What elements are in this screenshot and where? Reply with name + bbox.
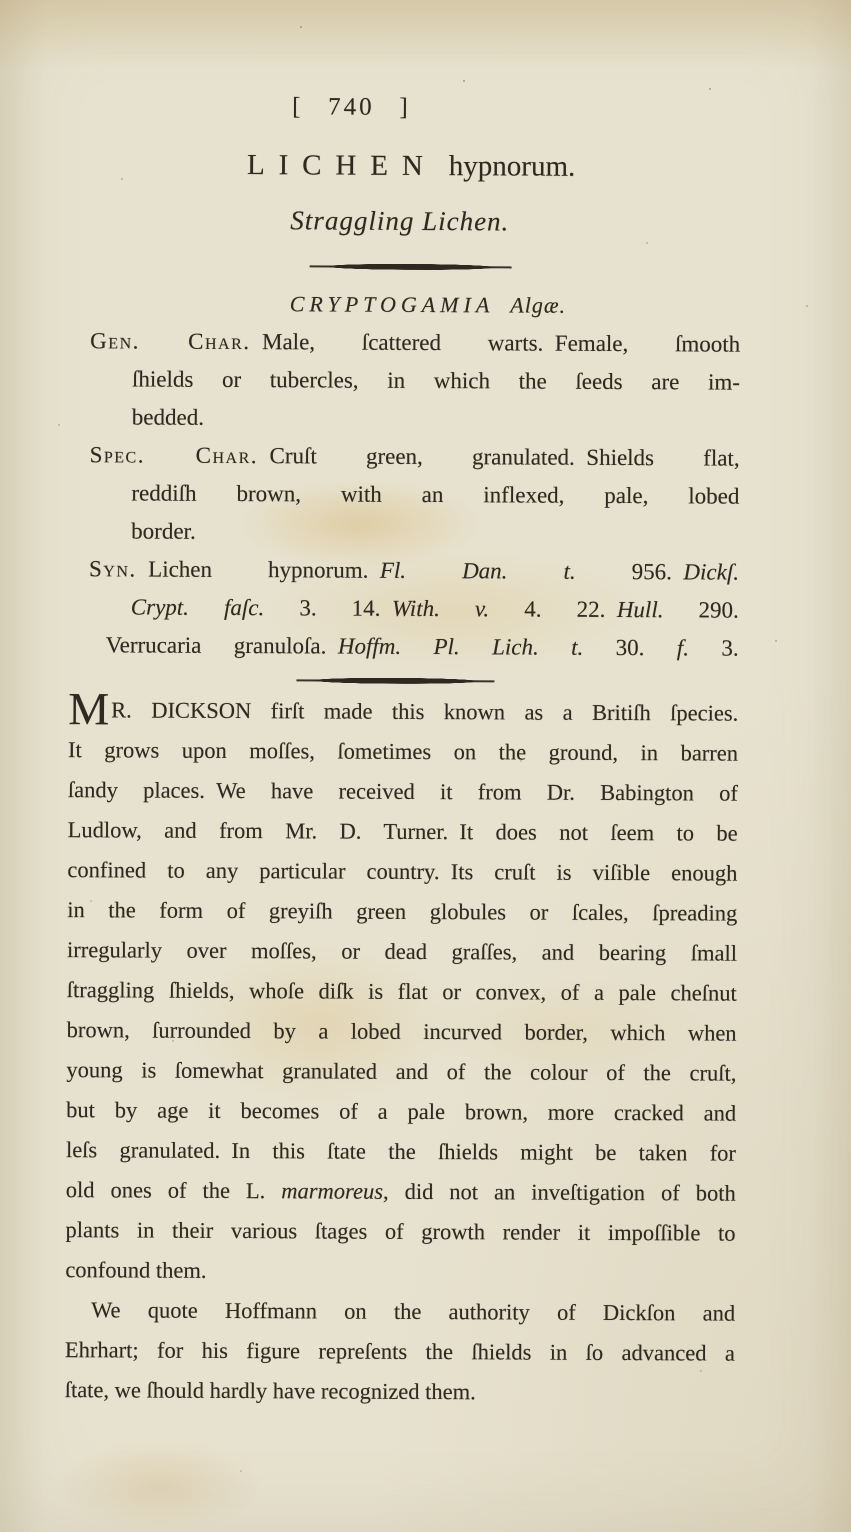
taxonomy-order: Algæ. — [510, 292, 566, 317]
body-line: ſtate, we ſhould hardly have recognized … — [65, 1370, 735, 1414]
taxonomy-heading: CRYPTOGAMIAAlgæ. — [2, 290, 851, 320]
gen-char-line: ſhields or tubercles, in which the ſeeds… — [132, 360, 740, 401]
body-line: Ehrhart; for his figure repreſents the ſ… — [65, 1330, 735, 1374]
character-sections: Gen. Char. Male, ſcattered warts. Female… — [89, 322, 741, 667]
swelled-rule-divider — [296, 677, 494, 684]
spec-char-line: border. — [131, 512, 739, 553]
body-line: It grows upon moſſes, ſometimes on the g… — [68, 730, 738, 774]
body-line: We quote Hoffmann on the authority of Di… — [65, 1290, 735, 1334]
page-content: [ 740 ] LICHENhypnorum. Straggling Liche… — [0, 0, 851, 1532]
body-line: in the form of greyiſh green globules or… — [67, 890, 737, 934]
body-line: leſs granulated. In this ſtate the ſhiel… — [66, 1130, 736, 1174]
common-name: Straggling Lichen. — [290, 205, 509, 237]
spec-char-line: Spec. Char. Cruſt green, granulated. Shi… — [90, 436, 740, 477]
swelled-rule-divider — [310, 263, 512, 270]
body-line: young is ſomewhat granulated and of the … — [66, 1050, 736, 1094]
synonyms-line: Verrucaria granuloſa. Hoffm. Pl. Lich. t… — [106, 626, 739, 667]
page-number: [ 740 ] — [292, 93, 411, 122]
gen-char-line: Gen. Char. Male, ſcattered warts. Female… — [90, 322, 740, 363]
genus-name: LICHEN — [247, 149, 437, 182]
taxonomy-class: CRYPTOGAMIA — [290, 291, 495, 317]
body-line: confined to any particular country. Its … — [67, 850, 737, 894]
species-epithet: hypnorum. — [449, 150, 576, 183]
body-line: but by age it becomes of a pale brown, m… — [66, 1090, 736, 1134]
body-line: confound them. — [65, 1250, 735, 1294]
body-line: irregularly over moſſes, or dead graſſes… — [67, 930, 737, 974]
body-line: ſandy places. We have received it from D… — [68, 770, 738, 814]
scanned-book-page: [ 740 ] LICHENhypnorum. Straggling Liche… — [0, 0, 851, 1532]
synonyms-line: Crypt. faſc. 3. 14. With. v. 4. 22. Hull… — [131, 588, 739, 629]
body-line: Ludlow, and from Mr. D. Turner. It does … — [68, 810, 738, 854]
description-text: MR. DICKSON firſt made this known as a B… — [65, 690, 739, 1413]
body-line: ſtraggling ſhields, whoſe diſk is flat o… — [67, 970, 737, 1014]
body-line: plants in their various ſtages of growth… — [65, 1210, 735, 1254]
body-line: MR. DICKSON firſt made this known as a B… — [68, 690, 738, 734]
gen-char-line: bedded. — [132, 398, 740, 439]
body-line: brown, ſurrounded by a lobed incurved bo… — [67, 1010, 737, 1054]
paper-specks — [0, 0, 2, 2]
species-title: LICHENhypnorum. — [247, 149, 575, 184]
synonyms-line: Syn. Lichen hypnorum. Fl. Dan. t. 956. D… — [89, 550, 739, 591]
body-line: old ones of the L. marmoreus, did not an… — [66, 1170, 736, 1214]
spec-char-line: reddiſh brown, with an inflexed, pale, l… — [131, 474, 739, 515]
